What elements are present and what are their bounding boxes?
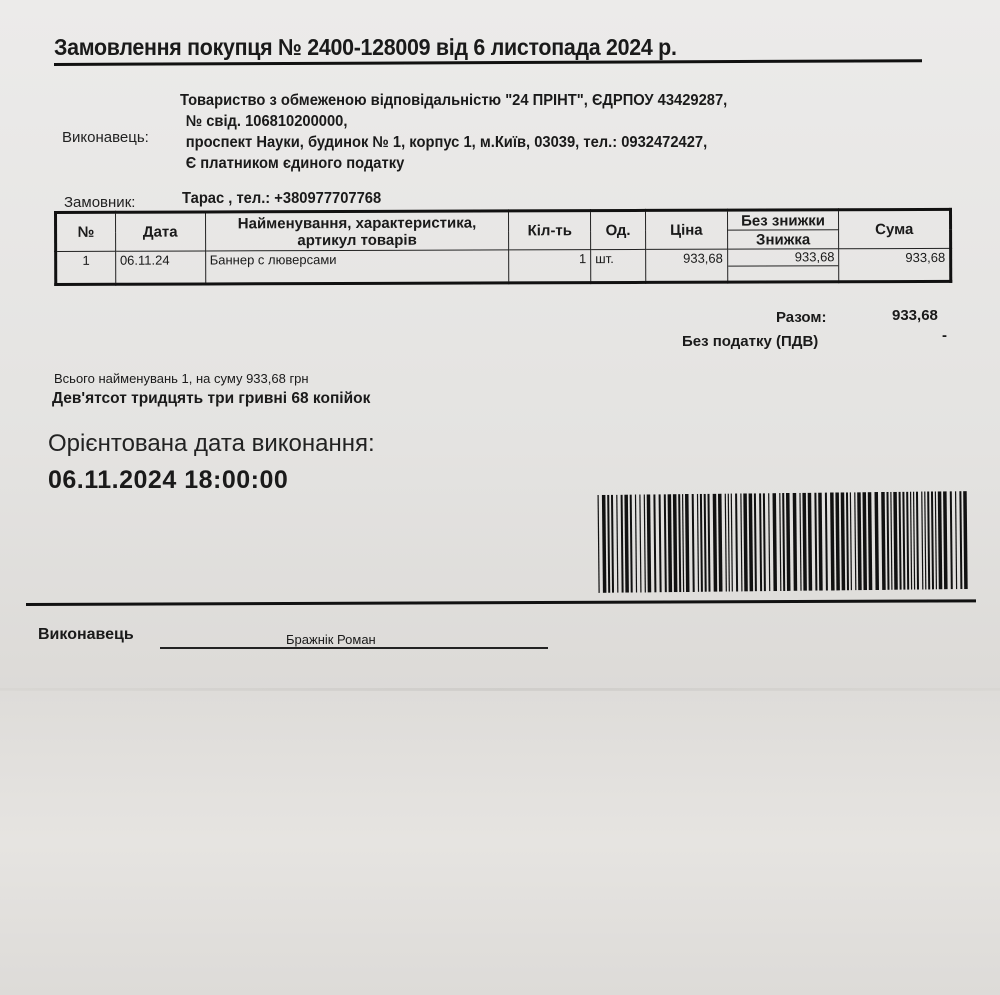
vat-label: Без податку (ПДВ) [682, 333, 818, 350]
executor-label: Виконавець: [62, 129, 149, 146]
signature-line [160, 647, 548, 649]
cell-no: 1 [56, 251, 116, 284]
header-sum: Сума [839, 209, 951, 248]
header-date: Дата [115, 212, 205, 251]
signature-divider [26, 599, 976, 606]
eta-value: 06.11.2024 18:00:00 [48, 466, 288, 495]
document-title: Замовлення покупця № 2400-128009 від 6 л… [54, 34, 677, 61]
header-price: Ціна [645, 210, 727, 249]
cell-qty: 1 [509, 250, 591, 283]
header-name: Найменування, характеристика, артикул то… [205, 211, 509, 251]
cell-name: Баннер с люверсами [205, 250, 509, 284]
header-qty: Кіл-ть [509, 211, 591, 250]
cell-no-discount: 933,68 [728, 249, 839, 266]
executor-line-certificate: № свід. 106810200000, [180, 111, 727, 132]
customer-value: Тарас , тел.: +380977707768 [182, 190, 381, 208]
signature-name: Бражнік Роман [286, 632, 376, 647]
table-row: 1 06.11.24 Баннер с люверсами 1 шт. 933,… [56, 248, 951, 284]
cell-date: 06.11.24 [115, 251, 205, 284]
cell-unit: шт. [591, 249, 646, 282]
cell-discount [728, 266, 839, 279]
barcode-icon [595, 491, 972, 593]
header-no-discount: Без знижки [727, 210, 839, 230]
paper-lower-fold [0, 690, 1000, 995]
header-no: № [56, 212, 116, 251]
executor-line-tax-status: Є платником єдиного податку [180, 153, 727, 174]
customer-label: Замовник: [64, 194, 135, 211]
total-label: Разом: [776, 309, 826, 326]
cell-discount-split: 933,68 [727, 249, 839, 282]
items-table: № Дата Найменування, характеристика, арт… [54, 208, 952, 286]
total-value: 933,68 [892, 307, 938, 324]
header-discount: Знижка [727, 230, 839, 249]
executor-line-address: проспект Науки, будинок № 1, корпус 1, м… [180, 132, 727, 153]
paper-fold-crease [0, 688, 1000, 691]
cell-price: 933,68 [646, 249, 728, 282]
executor-details: Товариство з обмеженою відповідальністю … [180, 90, 727, 174]
items-count-summary: Всього найменувань 1, на суму 933,68 грн [54, 371, 309, 386]
eta-label: Орієнтована дата виконання: [48, 430, 375, 458]
cell-sum: 933,68 [839, 248, 951, 281]
header-unit: Од. [591, 210, 646, 249]
vat-value: - [942, 327, 947, 344]
amount-in-words: Дев'ятсот тридцять три гривні 68 копійок [52, 390, 370, 408]
executor-line-company: Товариство з обмеженою відповідальністю … [180, 90, 727, 111]
signature-label: Виконавець [38, 626, 134, 644]
